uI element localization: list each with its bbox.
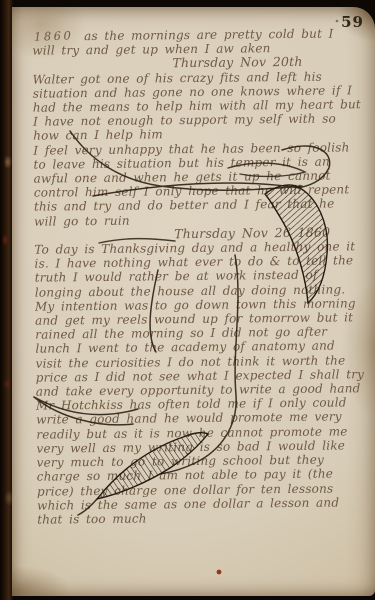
diary-paragraph: I feel very unhappy that he has been so … <box>33 140 363 229</box>
diary-paragraph: My intention was to go down town this mo… <box>35 296 366 527</box>
diary-paragraph: To day is Thanksgiving day and a healthy… <box>34 239 364 299</box>
photographed-diary: 59 1860 as the mornings are pretty cold … <box>0 0 375 600</box>
diary-page: 59 1860 as the mornings are pretty cold … <box>12 7 375 596</box>
diary-paragraph: Walter got one of his crazy fits and lef… <box>33 69 363 143</box>
diary-content: as the mornings are pretty cold but I wi… <box>9 20 375 598</box>
diary-paragraph-continuation: as the mornings are pretty cold but I wi… <box>32 26 361 58</box>
